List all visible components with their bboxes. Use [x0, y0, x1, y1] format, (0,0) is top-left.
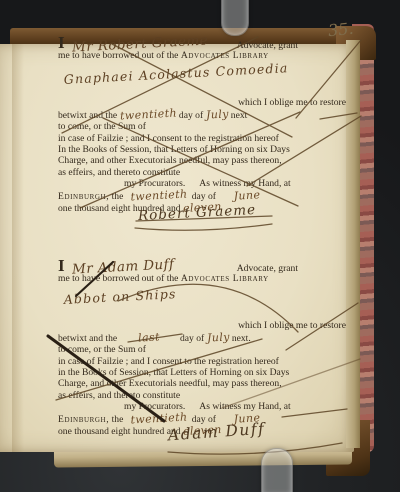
printed-initial: I — [58, 36, 65, 50]
procurators-line: my Procurators.As witness my Hand, at — [58, 401, 348, 412]
charge-line: Charge, and other Executorials needful, … — [58, 155, 348, 166]
books-of-session-line: in the Books of Session, that Letters of… — [58, 367, 348, 378]
loan-form-duff: I Mr Adam Duff Advocate, grant me to hav… — [58, 259, 348, 437]
library-name: Advocates Library — [181, 273, 269, 284]
witness-text: As witness my Hand, at — [199, 401, 290, 412]
borrower-line: I Mr Adam Duff Advocate, grant — [58, 259, 348, 273]
photograph-of-register-page: { "page_number": "35.", "forms": [ { "in… — [0, 0, 400, 492]
handwritten-due-month: July — [205, 108, 228, 121]
failzie-line: in case of Failzie ; and I consent to th… — [58, 356, 348, 367]
handwritten-book-title: Gnaphaei Acolastus Comoedia — [64, 63, 290, 99]
handwritten-signed-day: twentieth — [125, 411, 192, 426]
due-date-line: betwixt and the twentieth day of July ne… — [58, 109, 348, 121]
effeirs-line: as effeirs, and thereto constitute — [58, 167, 348, 178]
edinburgh-label: Edinburgh, — [58, 414, 109, 425]
edinburgh-label: Edinburgh, — [58, 191, 109, 202]
procurators-line: my Procurators.As witness my Hand, at — [58, 178, 348, 189]
page-fore-edge — [346, 40, 360, 448]
charge-line: Charge, and other Executorials needful, … — [58, 378, 348, 389]
handwritten-signed-month: June — [218, 188, 277, 202]
library-name: Advocates Library — [181, 50, 269, 61]
failzie-line: in case of Failzie ; and I consent to th… — [58, 133, 348, 144]
effeirs-line: as effeirs, and thereto constitute — [58, 390, 348, 401]
handwritten-due-day: last — [119, 330, 178, 344]
handwritten-due-day: twentieth — [119, 107, 177, 121]
loan-form-graeme: I Mr Robert Graeme Advocate, grant me to… — [58, 36, 348, 214]
handwritten-book-title: Abbot on Ships — [63, 288, 177, 318]
witness-text: As witness my Hand, at — [199, 178, 290, 189]
oblige-line: which I oblige me to restore — [58, 320, 348, 331]
printed-initial: I — [58, 259, 65, 273]
sum-line: to come, or the Sum of — [58, 121, 348, 132]
page-gutter-crease — [12, 44, 24, 452]
due-date-line: betwixt and the last day of July next. — [58, 332, 348, 344]
handwritten-signed-day: twentieth — [125, 188, 192, 203]
page-holder-strip-top — [221, 0, 249, 36]
books-of-session-line: In the Books of Session, that Letters of… — [58, 144, 348, 155]
page-holder-strip-bottom — [261, 448, 293, 492]
oblige-line: which I oblige me to restore — [58, 97, 348, 108]
handwritten-due-month: July — [206, 331, 229, 344]
borrower-line: I Mr Robert Graeme Advocate, grant — [58, 36, 348, 50]
sum-line: to come, or the Sum of — [58, 344, 348, 355]
